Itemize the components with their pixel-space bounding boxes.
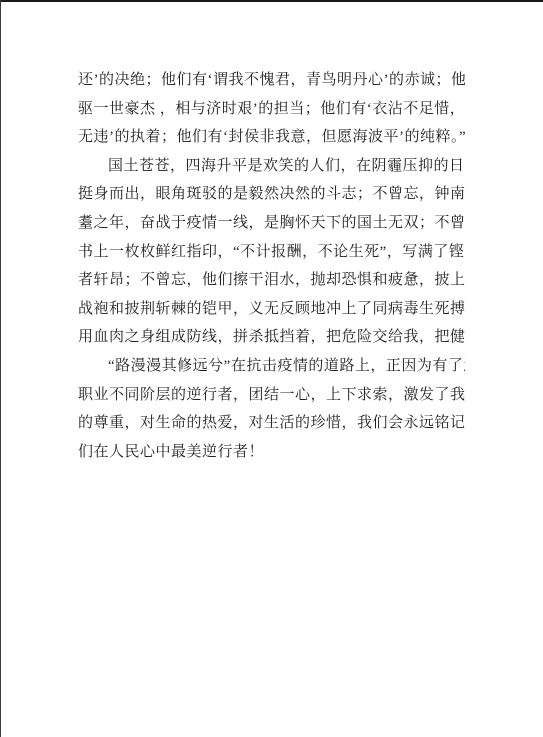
paragraph: 还’的决绝；他们有‘谓我不愧君，青鸟明丹心’的赤诚；他们有‘驰驱一世豪杰 ，相与…: [78, 66, 465, 152]
text-line: 耋之年，奋战于疫情一线，是胸怀天下的国土无双；不曾忘，那请战: [78, 209, 465, 238]
text-line: 书上一枚枚鲜红指印，“不计报酬，不论生死”，写满了铿锵有力的医: [78, 238, 465, 267]
text-line: “路漫漫其修远兮”在抗击疫情的道路上，正因为有了这群不同: [78, 352, 465, 381]
text-line: 无违’的执着；他们有‘封侯非我意，但愿海波平’的纯粹。”: [78, 123, 465, 152]
paragraph: “路漫漫其修远兮”在抗击疫情的道路上，正因为有了这群不同职业不同阶层的逆行者，团…: [78, 352, 465, 466]
text-line: 战袍和披荆斩棘的铠甲，义无反顾地冲上了同病毒生死搏击的战场，: [78, 295, 465, 324]
page-top-edge: [0, 0, 543, 2]
text-line: 职业不同阶层的逆行者，团结一心，上下求索，激发了我们对大自然: [78, 381, 465, 410]
text-line: 们在人民心中最美逆行者！: [78, 438, 465, 467]
document-page: 还’的决绝；他们有‘谓我不愧君，青鸟明丹心’的赤诚；他们有‘驰驱一世豪杰 ，相与…: [0, 0, 543, 737]
text-line: 国土苍苍，四海升平是欢笑的人们，在阴霾压抑的日子里，也能: [78, 152, 465, 181]
page-left-edge: [0, 0, 1, 737]
text-line: 的尊重，对生命的热爱，对生活的珍惜，我们会永远铭记这群人，你: [78, 409, 465, 438]
text-line: 驱一世豪杰 ，相与济时艰’的担当；他们有‘衣沾不足惜，但是愿: [78, 95, 465, 124]
paragraph: 国土苍苍，四海升平是欢笑的人们，在阴霾压抑的日子里，也能挺身而出，眼角斑驳的是毅…: [78, 152, 465, 352]
text-line: 者轩昂；不曾忘，他们擦干泪水，抛却恐惧和疲惫，披上层层的白色: [78, 266, 465, 295]
text-line: 挺身而出，眼角斑驳的是毅然决然的斗志；不曾忘，钟南山院士在耄: [78, 180, 465, 209]
text-line: 还’的决绝；他们有‘谓我不愧君，青鸟明丹心’的赤诚；他们有‘驰: [78, 66, 465, 95]
document-body: 还’的决绝；他们有‘谓我不愧君，青鸟明丹心’的赤诚；他们有‘驰驱一世豪杰 ，相与…: [78, 66, 465, 466]
text-line: 用血肉之身组成防线，拼杀抵挡着，把危险交给我，把健康还给你。: [78, 323, 465, 352]
